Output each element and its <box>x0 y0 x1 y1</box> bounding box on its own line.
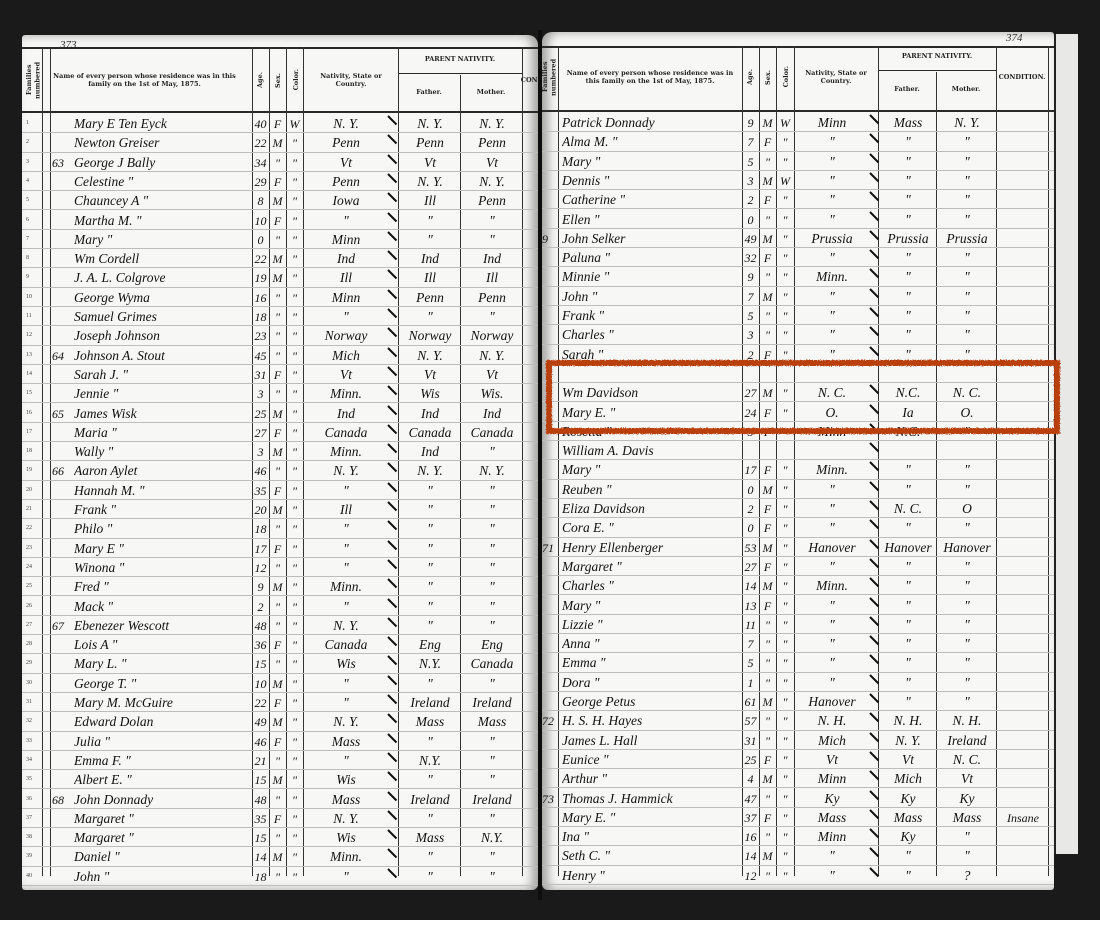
father-nativity-cell: Ind <box>400 248 460 267</box>
name-cell: Dora " <box>562 672 740 691</box>
father-nativity-cell: " <box>880 151 936 170</box>
father-nativity-cell: Penn <box>400 287 460 306</box>
family-number-cell <box>52 846 74 865</box>
father-nativity-cell: Hanover <box>880 537 936 556</box>
name-cell: Wm Cordell <box>74 248 250 267</box>
census-row: 1665James Wisk25M"IndIndInd <box>22 403 538 423</box>
condition-cell <box>998 788 1048 807</box>
age-cell: 46 <box>252 460 269 479</box>
age-cell: 7 <box>742 131 759 150</box>
sex-cell: M <box>759 112 776 131</box>
name-cell: James Wisk <box>74 403 250 422</box>
age-cell: 0 <box>742 479 759 498</box>
name-cell: Cora E. " <box>562 517 740 536</box>
color-cell: " <box>286 731 303 750</box>
father-nativity-cell: " <box>400 518 460 537</box>
age-cell: 8 <box>252 190 269 209</box>
family-number-cell <box>542 865 558 884</box>
age-cell: 15 <box>252 827 269 846</box>
census-row: 28Lois A "36F"CanadaEngEng <box>22 634 538 654</box>
tally-check-icon <box>870 693 880 709</box>
mother-nativity-cell: Mass <box>462 711 522 730</box>
color-cell: " <box>776 556 794 575</box>
sex-cell: F <box>269 480 286 499</box>
mother-nativity-cell: " <box>462 750 522 769</box>
family-number-cell <box>542 189 558 208</box>
name-cell: Minnie " <box>562 266 740 285</box>
age-cell: 46 <box>252 731 269 750</box>
census-row: 9John Selker49M"PrussiaPrussiaPrussia <box>542 228 1054 248</box>
census-row: Henry "12""""? <box>542 865 1054 885</box>
mother-nativity-cell: N. Y. <box>462 113 522 132</box>
nativity-cell: Hanover <box>796 691 868 710</box>
census-row: Arthur "4M"MinnMichVt <box>542 768 1054 788</box>
father-nativity-cell: " <box>880 324 936 343</box>
tally-check-icon <box>388 173 398 189</box>
color-cell: " <box>286 441 303 460</box>
census-row: 9J. A. L. Colgrove19M"IllIllIll <box>22 267 538 287</box>
census-row: 71Henry Ellenberger53M"HanoverHanoverHan… <box>542 537 1054 557</box>
age-cell: 2 <box>252 596 269 615</box>
age-cell: 18 <box>252 518 269 537</box>
line-number: 8 <box>26 248 40 267</box>
family-number-cell <box>52 692 74 711</box>
sex-cell: " <box>759 710 776 729</box>
family-number-cell: 67 <box>52 615 74 634</box>
sex-cell: F <box>269 422 286 441</box>
nativity-cell: Minn <box>306 287 386 306</box>
sex-cell: " <box>759 633 776 652</box>
color-cell: " <box>286 403 303 422</box>
nativity-cell: Mich <box>306 345 386 364</box>
condition-cell <box>998 479 1048 498</box>
condition-cell <box>998 189 1048 208</box>
family-number-cell <box>542 286 558 305</box>
sex-cell: F <box>759 189 776 208</box>
nativity-cell: " <box>796 633 868 652</box>
census-row: Ellen "0""""" <box>542 209 1054 229</box>
census-row: 2Newton Greiser22M"PennPennPenn <box>22 132 538 152</box>
sex-cell: " <box>269 460 286 479</box>
census-row: 39Daniel "14M"Minn."" <box>22 846 538 866</box>
census-row: Mary E. "37F"MassMassMassInsane <box>542 807 1054 827</box>
nativity-cell: Ind <box>306 248 386 267</box>
tally-check-icon <box>870 442 880 458</box>
sex-cell: M <box>269 711 286 730</box>
name-cell: Winona " <box>74 557 250 576</box>
nativity-cell: Minn. <box>306 576 386 595</box>
condition-cell <box>998 517 1048 536</box>
mother-nativity-cell: " <box>938 324 996 343</box>
mother-nativity-cell: " <box>462 576 522 595</box>
name-cell: Johnson A. Stout <box>74 345 250 364</box>
color-cell: " <box>286 634 303 653</box>
census-row: 29Mary L. "15""WisN.Y.Canada <box>22 653 538 673</box>
tally-check-icon <box>870 751 880 767</box>
family-number-cell <box>542 749 558 768</box>
sex-cell: M <box>269 769 286 788</box>
mother-nativity-cell: " <box>938 845 996 864</box>
sex-cell: F <box>759 498 776 517</box>
line-number: 29 <box>26 653 40 672</box>
nativity-cell: " <box>306 538 386 557</box>
census-row: Dora "1""""" <box>542 672 1054 692</box>
condition-cell <box>998 228 1048 247</box>
condition-cell <box>998 710 1048 729</box>
age-cell: 5 <box>742 151 759 170</box>
nativity-cell: " <box>796 498 868 517</box>
mother-nativity-cell: " <box>462 866 522 885</box>
father-nativity-cell: " <box>880 286 936 305</box>
header-families: Families numbered <box>24 49 42 111</box>
name-cell: Margaret " <box>74 808 250 827</box>
nativity-cell: Hanover <box>796 537 868 556</box>
nativity-cell: " <box>796 170 868 189</box>
line-number: 2 <box>26 132 40 151</box>
name-cell: Alma M. " <box>562 131 740 150</box>
sex-cell: " <box>759 151 776 170</box>
census-row: 17Maria "27F"CanadaCanadaCanada <box>22 422 538 442</box>
nativity-cell: Minn <box>306 229 386 248</box>
census-row: Reuben "0M"""" <box>542 479 1054 499</box>
family-number-cell <box>542 672 558 691</box>
family-number-cell: 63 <box>52 152 74 171</box>
age-cell: 25 <box>742 749 759 768</box>
sex-cell: F <box>269 634 286 653</box>
mother-nativity-cell: Vt <box>462 364 522 383</box>
nativity-cell: " <box>796 479 868 498</box>
census-row: 38Margaret "15""WisMassN.Y. <box>22 827 538 847</box>
father-nativity-cell: Ill <box>400 190 460 209</box>
name-cell: Hannah M. " <box>74 480 250 499</box>
family-number-cell <box>542 498 558 517</box>
father-nativity-cell: " <box>880 479 936 498</box>
census-row: Mary "17F"Minn."" <box>542 459 1054 479</box>
age-cell: 37 <box>742 807 759 826</box>
tally-check-icon <box>870 712 880 728</box>
sex-cell: M <box>269 846 286 865</box>
line-number: 19 <box>26 460 40 479</box>
condition-cell <box>998 730 1048 749</box>
family-number-cell <box>542 614 558 633</box>
tally-check-icon <box>388 713 398 729</box>
age-cell: 61 <box>742 691 759 710</box>
tally-check-icon <box>870 133 880 149</box>
tally-check-icon <box>870 867 880 883</box>
sex-cell: " <box>269 557 286 576</box>
name-cell: Martha M. " <box>74 210 250 229</box>
age-cell: 17 <box>252 538 269 557</box>
family-number-cell <box>52 750 74 769</box>
color-cell: " <box>776 498 794 517</box>
age-cell: 36 <box>252 634 269 653</box>
tally-check-icon <box>388 269 398 285</box>
tally-check-icon <box>870 616 880 632</box>
color-cell: " <box>776 614 794 633</box>
father-nativity-cell: " <box>400 615 460 634</box>
census-row: 23Mary E "17F"""" <box>22 538 538 558</box>
census-row: 35Albert E. "15M"Wis"" <box>22 769 538 789</box>
census-row: Alma M. "7F"""" <box>542 131 1054 151</box>
mother-nativity-cell: Wis. <box>462 383 522 402</box>
color-cell: " <box>286 518 303 537</box>
nativity-cell: Penn <box>306 132 386 151</box>
nativity-cell: Mass <box>306 789 386 808</box>
age-cell: 11 <box>742 614 759 633</box>
father-nativity-cell: " <box>880 189 936 208</box>
age-cell: 0 <box>742 209 759 228</box>
father-nativity-cell: Mass <box>400 827 460 846</box>
line-number: 34 <box>26 750 40 769</box>
census-row: 11Samuel Grimes18""""" <box>22 306 538 326</box>
nativity-cell: Minn <box>796 768 868 787</box>
mother-nativity-cell <box>938 440 996 459</box>
color-cell: " <box>286 653 303 672</box>
condition-cell <box>998 170 1048 189</box>
condition-cell <box>998 556 1048 575</box>
next-page-edge <box>1054 34 1078 854</box>
census-row: 8Wm Cordell22M"IndIndInd <box>22 248 538 268</box>
tally-check-icon <box>870 307 880 323</box>
census-row: 32Edward Dolan49M"N. Y.MassMass <box>22 711 538 731</box>
tally-check-icon <box>870 461 880 477</box>
line-number: 18 <box>26 441 40 460</box>
family-number-cell <box>542 131 558 150</box>
father-nativity-cell: N. Y. <box>880 730 936 749</box>
nativity-cell: Prussia <box>796 228 868 247</box>
color-cell: " <box>286 460 303 479</box>
name-cell: Dennis " <box>562 170 740 189</box>
sex-cell: " <box>759 209 776 228</box>
age-cell: 14 <box>742 845 759 864</box>
family-number-cell <box>52 325 74 344</box>
mother-nativity-cell: " <box>462 808 522 827</box>
color-cell: " <box>286 325 303 344</box>
nativity-cell: " <box>796 614 868 633</box>
family-number-cell: 9 <box>542 228 558 247</box>
tally-check-icon <box>870 847 880 863</box>
name-cell: Arthur " <box>562 768 740 787</box>
tally-check-icon <box>870 674 880 690</box>
sex-cell: F <box>759 459 776 478</box>
name-cell: George J Bally <box>74 152 250 171</box>
father-nativity-cell: N. Y. <box>400 113 460 132</box>
census-row: 4Celestine "29F"PennN. Y.N. Y. <box>22 171 538 191</box>
age-cell: 35 <box>252 808 269 827</box>
mother-nativity-cell: Norway <box>462 325 522 344</box>
nativity-cell: N. Y. <box>306 711 386 730</box>
census-row: Emma "5""""" <box>542 652 1054 672</box>
census-row: James L. Hall31""MichN. Y.Ireland <box>542 730 1054 750</box>
family-number-cell: 72 <box>542 710 558 729</box>
age-cell: 12 <box>742 865 759 884</box>
father-nativity-cell: " <box>880 247 936 266</box>
census-row: Cora E. "0F"""" <box>542 517 1054 537</box>
sex-cell: M <box>759 286 776 305</box>
condition-cell <box>998 865 1048 884</box>
mother-nativity-cell: " <box>938 189 996 208</box>
tally-check-icon <box>388 366 398 382</box>
nativity-cell: Canada <box>306 634 386 653</box>
age-cell: 3 <box>742 170 759 189</box>
mother-nativity-cell: " <box>462 769 522 788</box>
age-cell: 45 <box>252 345 269 364</box>
header-mother: Mother. <box>936 72 996 106</box>
age-cell: 34 <box>252 152 269 171</box>
tally-check-icon <box>388 347 398 363</box>
line-number: 10 <box>26 287 40 306</box>
name-cell: George T. " <box>74 673 250 692</box>
color-cell: " <box>776 266 794 285</box>
condition-cell <box>998 826 1048 845</box>
nativity-cell: " <box>306 750 386 769</box>
name-cell: Mack " <box>74 596 250 615</box>
mother-nativity-cell: " <box>938 652 996 671</box>
color-cell: " <box>776 537 794 556</box>
family-number-cell <box>52 499 74 518</box>
tally-check-icon <box>870 288 880 304</box>
father-nativity-cell: Ky <box>880 788 936 807</box>
family-number-cell <box>542 826 558 845</box>
sex-cell: F <box>269 210 286 229</box>
census-row: 34Emma F. "21"""N.Y." <box>22 750 538 770</box>
nativity-cell: Mich <box>796 730 868 749</box>
age-cell: 1 <box>742 672 759 691</box>
mother-nativity-cell: " <box>462 557 522 576</box>
tally-check-icon <box>870 809 880 825</box>
age-cell: 9 <box>742 266 759 285</box>
condition-cell <box>998 749 1048 768</box>
mother-nativity-cell: " <box>938 826 996 845</box>
nativity-cell: " <box>796 845 868 864</box>
age-cell: 14 <box>252 846 269 865</box>
tally-check-icon <box>870 249 880 265</box>
header-parent-nativity: PARENT NATIVITY. <box>398 49 522 69</box>
father-nativity-cell: " <box>880 865 936 884</box>
header-father: Father. <box>398 75 460 109</box>
tally-check-icon <box>870 500 880 516</box>
tally-check-icon <box>388 154 398 170</box>
nativity-cell: " <box>306 692 386 711</box>
family-number-cell <box>52 653 74 672</box>
census-row: 20Hannah M. "35F"""" <box>22 480 538 500</box>
left-census-page: 373 Families numbered Name of every pers… <box>22 35 538 890</box>
condition-cell <box>998 247 1048 266</box>
father-nativity-cell: Ill <box>400 267 460 286</box>
age-cell: 57 <box>742 710 759 729</box>
age-cell: 48 <box>252 615 269 634</box>
mother-nativity-cell: Ky <box>938 788 996 807</box>
color-cell: " <box>776 865 794 884</box>
tally-check-icon <box>388 675 398 691</box>
color-cell: " <box>286 692 303 711</box>
bottom-margin <box>0 920 1100 937</box>
name-cell: Henry " <box>562 865 740 884</box>
sex-cell: " <box>269 152 286 171</box>
color-cell: " <box>776 807 794 826</box>
sex-cell: F <box>269 364 286 383</box>
name-cell: Sarah J. " <box>74 364 250 383</box>
sex-cell: " <box>269 345 286 364</box>
nativity-cell: " <box>796 324 868 343</box>
age-cell <box>742 440 759 459</box>
father-nativity-cell: Mass <box>880 807 936 826</box>
mother-nativity-cell: " <box>938 633 996 652</box>
father-nativity-cell: " <box>400 846 460 865</box>
family-number-cell <box>542 170 558 189</box>
line-number: 25 <box>26 576 40 595</box>
nativity-cell: Vt <box>306 364 386 383</box>
tally-check-icon <box>870 230 880 246</box>
family-number-cell <box>542 845 558 864</box>
family-number-cell: 71 <box>542 537 558 556</box>
father-nativity-cell: " <box>400 557 460 576</box>
color-cell: " <box>286 480 303 499</box>
father-nativity-cell: " <box>880 305 936 324</box>
census-row: Charles "3""""" <box>542 324 1054 344</box>
nativity-cell: " <box>796 131 868 150</box>
tally-check-icon <box>870 558 880 574</box>
nativity-cell: " <box>796 672 868 691</box>
age-cell: 13 <box>742 595 759 614</box>
father-nativity-cell: Mich <box>880 768 936 787</box>
age-cell: 10 <box>252 673 269 692</box>
nativity-cell: Minn. <box>306 441 386 460</box>
color-cell: " <box>286 596 303 615</box>
family-number-cell <box>52 480 74 499</box>
nativity-cell: N. Y. <box>306 113 386 132</box>
sex-cell: M <box>269 190 286 209</box>
family-number-cell <box>52 306 74 325</box>
father-nativity-cell: N. Y. <box>400 171 460 190</box>
name-cell: Mary " <box>562 151 740 170</box>
name-cell: Eunice " <box>562 749 740 768</box>
line-number: 27 <box>26 615 40 634</box>
mother-nativity-cell: Ireland <box>938 730 996 749</box>
color-cell: " <box>286 866 303 885</box>
tally-check-icon <box>870 539 880 555</box>
page-number: 374 <box>1006 32 1023 44</box>
father-nativity-cell: Canada <box>400 422 460 441</box>
father-nativity-cell: " <box>880 131 936 150</box>
family-number-cell <box>52 731 74 750</box>
color-cell: " <box>286 190 303 209</box>
color-cell: " <box>776 652 794 671</box>
census-row: Lizzie "11""""" <box>542 614 1054 634</box>
tally-check-icon <box>388 289 398 305</box>
tally-check-icon <box>870 654 880 670</box>
father-nativity-cell: " <box>400 538 460 557</box>
header-families: Families numbered <box>542 46 556 108</box>
tally-check-icon <box>388 501 398 517</box>
nativity-cell: Minn. <box>306 846 386 865</box>
sex-cell: M <box>759 691 776 710</box>
age-cell: 31 <box>742 730 759 749</box>
nativity-cell: " <box>306 557 386 576</box>
name-cell: Ellen " <box>562 209 740 228</box>
tally-check-icon <box>870 326 880 342</box>
census-row: 3668John Donnady48""MassIrelandIreland <box>22 789 538 809</box>
sex-cell: F <box>269 171 286 190</box>
family-number-cell <box>52 364 74 383</box>
father-nativity-cell: " <box>880 652 936 671</box>
color-cell: " <box>286 789 303 808</box>
nativity-cell: " <box>306 306 386 325</box>
nativity-cell: Minn. <box>796 459 868 478</box>
line-number: 30 <box>26 673 40 692</box>
nativity-cell: Ill <box>306 267 386 286</box>
line-number: 28 <box>26 634 40 653</box>
